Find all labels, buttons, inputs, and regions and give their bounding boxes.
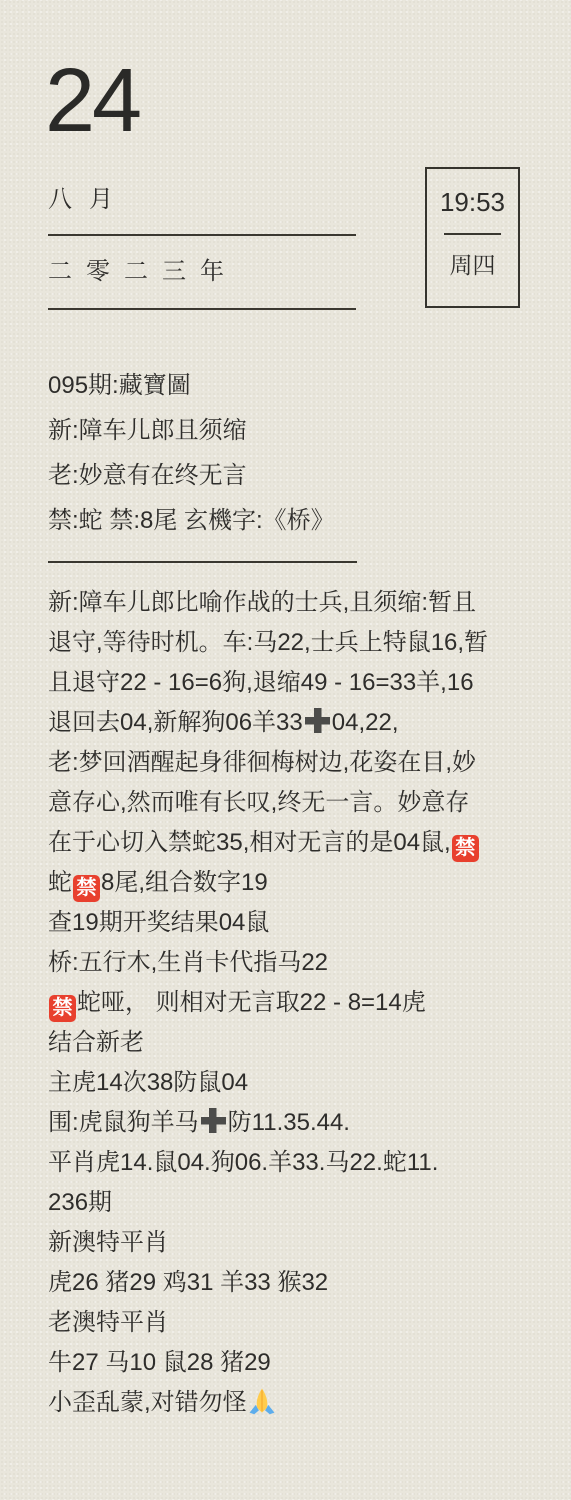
text-line: 新:障车儿郎且须缩 (48, 408, 335, 453)
jin-icon: 禁 (49, 995, 76, 1022)
text-line: 禁:蛇 禁:8尾 玄機字:《桥》 (48, 498, 335, 543)
time-label: 19:53 (440, 187, 505, 217)
text-line: 桥:五行木,生肖卡代指马22 (48, 943, 488, 983)
text-line: 小歪乱蒙,对错勿怪 (48, 1383, 488, 1423)
text-line: 禁蛇哑， 则相对无言取22 - 8=14虎 (48, 983, 488, 1023)
text-line: 查19期开奖结果04鼠 (48, 903, 488, 943)
text-line: 老:妙意有在终无言 (48, 453, 335, 498)
text-line: 退回去04,新解狗06羊3304,22, (48, 703, 488, 743)
text-line: 退守,等待时机。车:马22,士兵上特鼠16,暂 (48, 623, 488, 663)
text-line: 意存心,然而唯有长叹,终无一言。妙意存 (48, 783, 488, 823)
text-line: 且退守22 - 16=6狗,退缩49 - 16=33羊,16 (48, 663, 488, 703)
section-divider (48, 561, 357, 563)
month-label: 八月 (48, 187, 130, 213)
text-line: 蛇禁8尾,组合数字19 (48, 863, 488, 903)
text-line: 结合新老 (48, 1023, 488, 1063)
body-block: 新:障车儿郎比喻作战的士兵,且须缩:暂且退守,等待时机。车:马22,士兵上特鼠1… (48, 583, 488, 1423)
text-line: 095期:藏寶圖 (48, 363, 335, 408)
text-line: 在于心切入禁蛇35,相对无言的是04鼠,禁 (48, 823, 488, 863)
plus-icon (305, 708, 330, 733)
time-box: 19:53 周四 (425, 167, 520, 308)
text-line: 围:虎鼠狗羊马防11.35.44. (48, 1103, 488, 1143)
year-rule (48, 308, 356, 310)
text-line: 老:梦回酒醒起身徘徊梅树边,花姿在目,妙 (48, 743, 488, 783)
time-box-rule (444, 233, 501, 235)
text-line: 主虎14次38防鼠04 (48, 1063, 488, 1103)
header-block: 095期:藏寶圖新:障车儿郎且须缩老:妙意有在终无言禁:蛇 禁:8尾 玄機字:《… (48, 363, 335, 543)
calendar-page: 24 八月 二零二三年 19:53 周四 095期:藏寶圖新:障车儿郎且须缩老:… (0, 0, 571, 1500)
weekday-label: 周四 (450, 251, 496, 279)
text-line: 牛27 马10 鼠28 猪29 (48, 1343, 488, 1383)
text-line: 平肖虎14.鼠04.狗06.羊33.马22.蛇11. (48, 1143, 488, 1183)
month-rule (48, 234, 356, 236)
pray-icon (247, 1389, 277, 1416)
text-line: 虎26 猪29 鸡31 羊33 猴32 (48, 1263, 488, 1303)
plus-icon (201, 1108, 226, 1133)
text-line: 老澳特平肖 (48, 1303, 488, 1343)
text-line: 新:障车儿郎比喻作战的士兵,且须缩:暂且 (48, 583, 488, 623)
text-line: 新澳特平肖 (48, 1223, 488, 1263)
jin-icon: 禁 (452, 835, 479, 862)
jin-icon: 禁 (73, 875, 100, 902)
year-label: 二零二三年 (48, 259, 238, 285)
day-number: 24 (45, 56, 139, 146)
text-line: 236期 (48, 1183, 488, 1223)
